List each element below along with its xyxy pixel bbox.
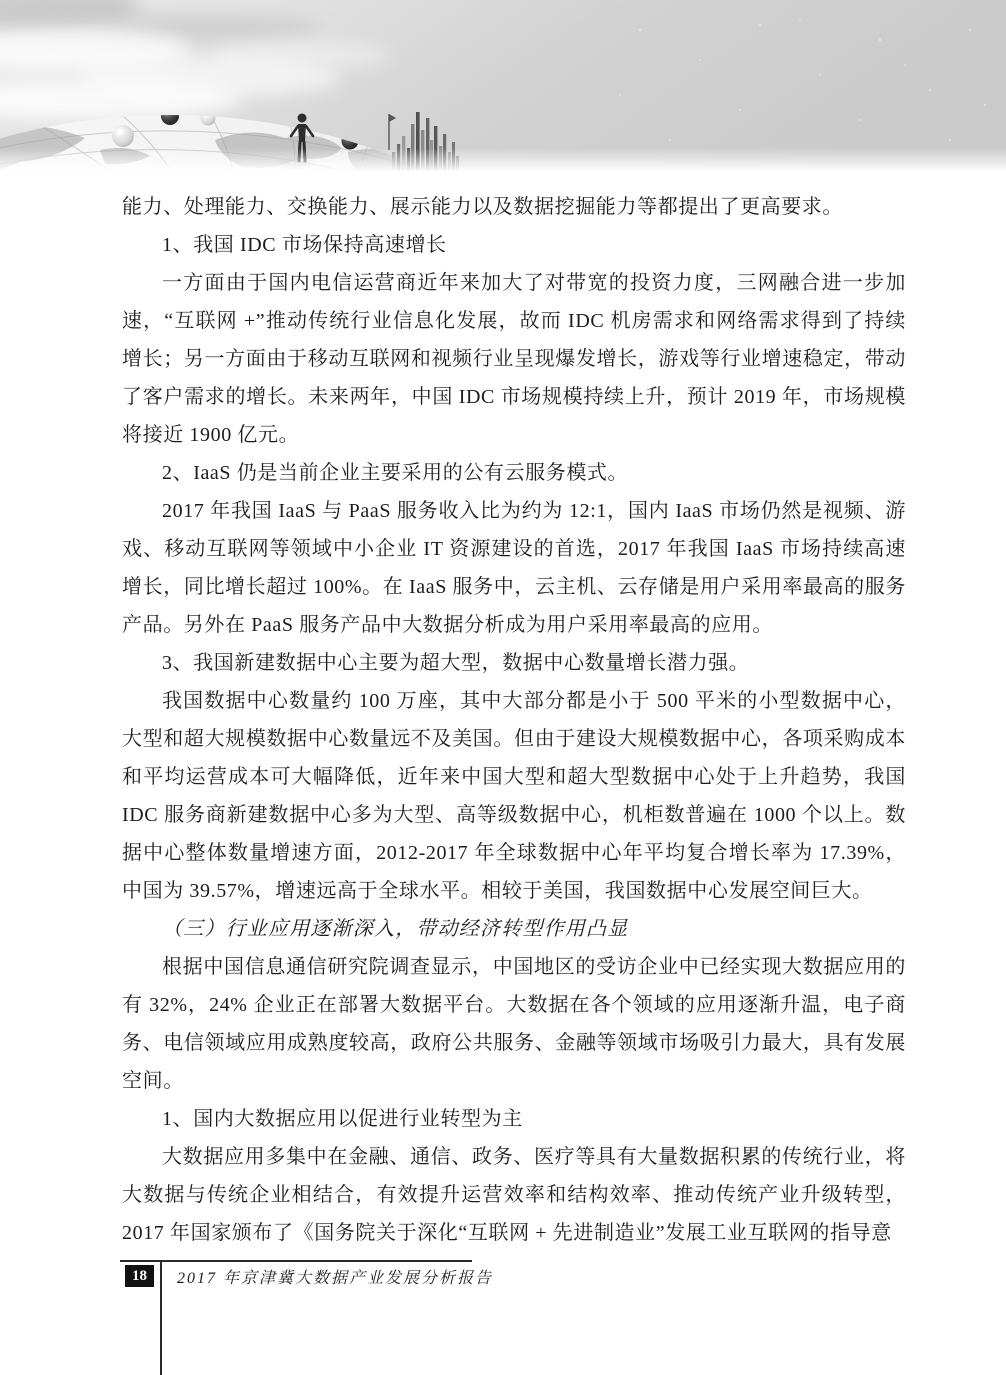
section-heading-industry-application: （三）行业应用逐渐深入，带动经济转型作用凸显 <box>122 910 906 948</box>
page-number: 18 <box>132 1268 147 1285</box>
page-body-text: 能力、处理能力、交换能力、展示能力以及数据挖掘能力等都提出了更高要求。 1、我国… <box>122 188 906 1252</box>
paragraph-survey-results: 根据中国信息通信研究院调查显示，中国地区的受访企业中已经实现大数据应用的有 32… <box>122 948 906 1100</box>
paragraph-datacenter-scale: 我国数据中心数量约 100 万座，其中大部分都是小于 500 平米的小型数据中心… <box>122 682 906 910</box>
subheading-2-iaas: 2、IaaS 仍是当前企业主要采用的公有云服务模式。 <box>122 454 906 492</box>
subheading-1-bigdata-transformation: 1、国内大数据应用以促进行业转型为主 <box>122 1100 906 1138</box>
subheading-1-idc-market: 1、我国 IDC 市场保持高速增长 <box>122 226 906 264</box>
footer-report-title: 2017 年京津冀大数据产业发展分析报告 <box>177 1265 493 1288</box>
paragraph-iaas-paas: 2017 年我国 IaaS 与 PaaS 服务收入比为约为 12:1，国内 Ia… <box>122 492 906 644</box>
footer-horizontal-rule <box>120 1260 472 1262</box>
paragraph-bigdata-industries: 大数据应用多集中在金融、通信、政务、医疗等具有大量数据积累的传统行业，将大数据与… <box>122 1138 906 1252</box>
page-number-badge: 18 <box>125 1265 154 1287</box>
header-illustration <box>0 0 1006 172</box>
subheading-3-datacenter: 3、我国新建数据中心主要为超大型，数据中心数量增长潜力强。 <box>122 644 906 682</box>
footer-vertical-rule <box>160 1260 162 1375</box>
paragraph-idc-growth: 一方面由于国内电信运营商近年来加大了对带宽的投资力度，三网融合进一步加速，“互联… <box>122 264 906 454</box>
paragraph-continuation: 能力、处理能力、交换能力、展示能力以及数据挖掘能力等都提出了更高要求。 <box>122 188 906 226</box>
report-page: 能力、处理能力、交换能力、展示能力以及数据挖掘能力等都提出了更高要求。 1、我国… <box>0 0 1006 1375</box>
